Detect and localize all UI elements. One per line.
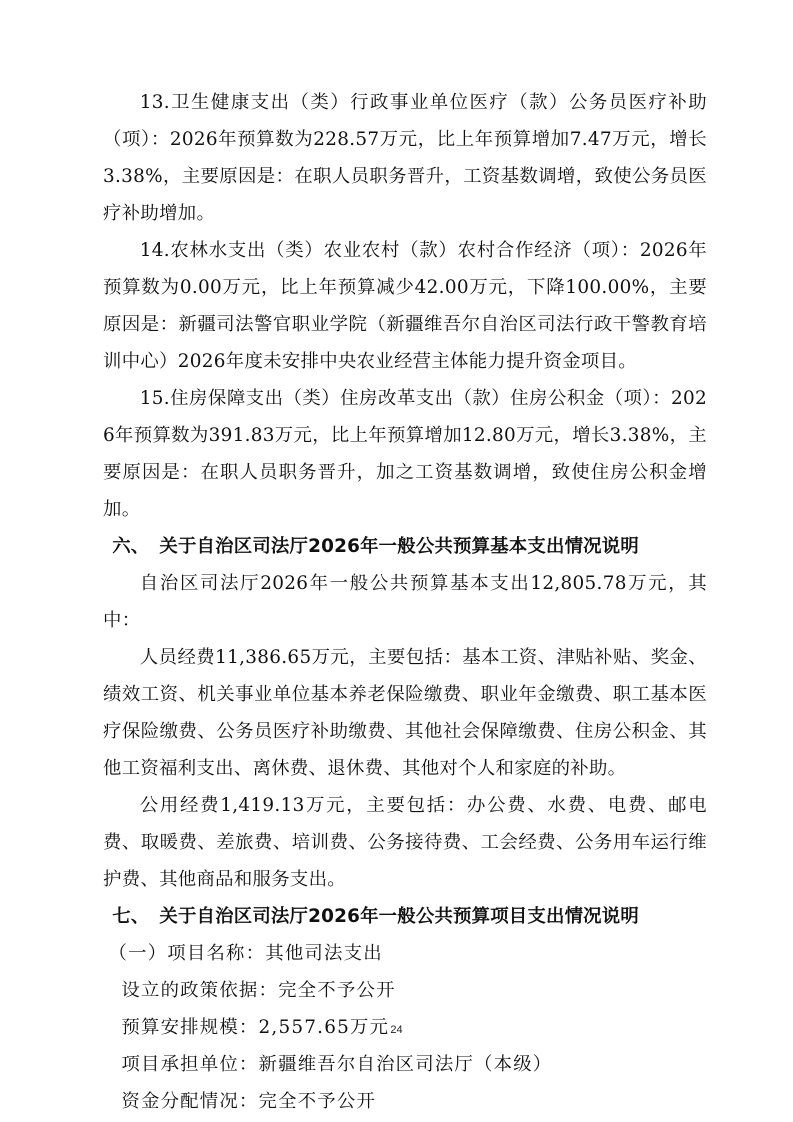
section-number: 七、 [112,906,149,927]
paragraph-agriculture-expenditure: 14.农林水支出（类）农业农村（款）农村合作经济（项）：2026年预算数为0.0… [103,232,707,380]
page-number: 24 [0,1024,793,1036]
document-page: 13.卫生健康支出（类）行政事业单位医疗（款）公务员医疗补助（项）：2026年预… [103,84,707,1120]
paragraph-personnel-expenses: 人员经费11,386.65万元，主要包括：基本工资、津贴补贴、奖金、绩效工资、机… [103,639,707,787]
section-title: 关于自治区司法厅2026年一般公共预算基本支出情况说明 [159,536,639,557]
paragraph-housing-expenditure: 15.住房保障支出（类）住房改革支出（款）住房公积金（项）：2026年预算数为3… [103,380,707,528]
project-policy-basis: 设立的政策依据：完全不予公开 [103,972,707,1009]
project-fund-allocation: 资金分配情况：完全不予公开 [103,1083,707,1120]
project-responsible-unit: 项目承担单位：新疆维吾尔自治区司法厅（本级） [103,1046,707,1083]
section-number: 六、 [112,536,149,557]
section-title: 关于自治区司法厅2026年一般公共预算项目支出情况说明 [159,906,639,927]
paragraph-health-expenditure: 13.卫生健康支出（类）行政事业单位医疗（款）公务员医疗补助（项）：2026年预… [103,84,707,232]
project-name: （一）项目名称：其他司法支出 [103,935,707,972]
paragraph-public-expenses: 公用经费1,419.13万元，主要包括：办公费、水费、电费、邮电费、取暖费、差旅… [103,787,707,898]
section-heading-project-expenditure: 七、关于自治区司法厅2026年一般公共预算项目支出情况说明 [103,898,707,935]
paragraph-basic-expenditure-total: 自治区司法厅2026年一般公共预算基本支出12,805.78万元，其中： [103,565,707,639]
section-heading-basic-expenditure: 六、关于自治区司法厅2026年一般公共预算基本支出情况说明 [103,528,707,565]
